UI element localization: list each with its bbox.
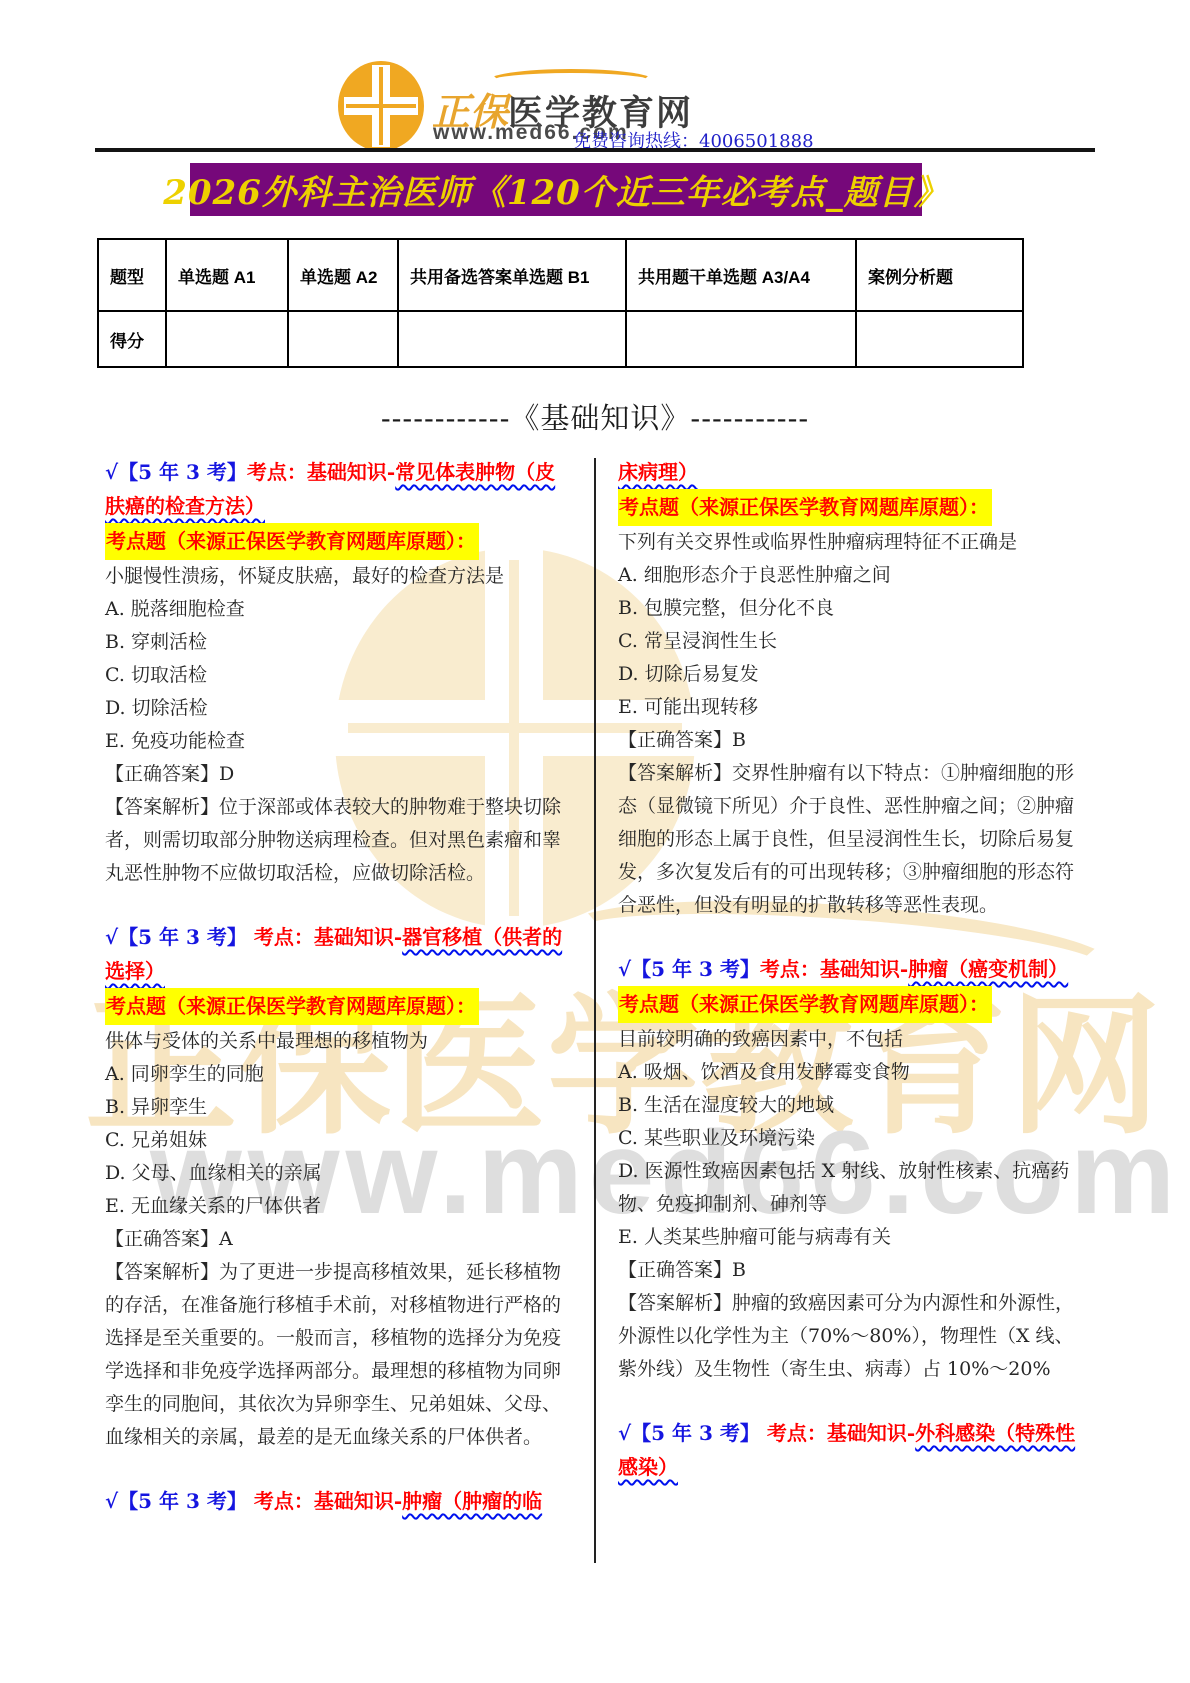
question-stem: 供体与受体的关系中最理想的移植物为: [105, 1025, 563, 1058]
cell-a1: 单选题 A1: [166, 239, 288, 311]
cell-score-empty: [856, 311, 1023, 367]
cell-a3a4: 共用题干单选题 A3/A4: [626, 239, 856, 311]
point-topic: 肿瘤（癌变机制）: [908, 957, 1068, 981]
correct-answer: 【正确答案】D: [105, 758, 563, 791]
cell-score-empty: [166, 311, 288, 367]
option-d: D. 医源性致癌因素包括 X 射线、放射性核素、抗癌药物、免疫抑制剂、砷剂等: [618, 1155, 1090, 1221]
header-rule: [95, 148, 1095, 152]
section-title: ------------《基础知识》-----------: [0, 396, 1190, 437]
point-topic: 床病理）: [618, 460, 698, 484]
option-e: E. 可能出现转移: [618, 691, 1090, 724]
source-highlight: 考点题（来源正保医学教育网题库原题）：: [618, 489, 992, 526]
score-row: 得分: [98, 311, 1023, 367]
question-header: √【5 年 3 考】考点：基础知识-常见体表肿物（皮肤癌的检查方法）: [105, 455, 563, 523]
answer-analysis: 【答案解析】交界性肿瘤有以下特点：①肿瘤细胞的形态（显微镜下所见）介于良性、恶性…: [618, 757, 1090, 922]
table-header-row: 题型 单选题 A1 单选题 A2 共用备选答案单选题 B1 共用题干单选题 A3…: [98, 239, 1023, 311]
cell-case-analysis: 案例分析题: [856, 239, 1023, 311]
option-e: E. 人类某些肿瘤可能与病毒有关: [618, 1221, 1090, 1254]
question-header: √【5 年 3 考】考点：基础知识-肿瘤（癌变机制）: [618, 952, 1090, 986]
exam-frequency: √【5 年 3 考】: [618, 957, 760, 981]
score-table: 题型 单选题 A1 单选题 A2 共用备选答案单选题 B1 共用题干单选题 A3…: [97, 238, 1024, 368]
med66-logo-icon: [338, 61, 424, 151]
option-d: D. 切除活检: [105, 692, 563, 725]
title-banner: 2026外科主治医师《120个近三年必考点_题目》: [190, 163, 922, 216]
cell-b1: 共用备选答案单选题 B1: [398, 239, 626, 311]
option-b: B. 穿刺活检: [105, 626, 563, 659]
option-d: D. 切除后易复发: [618, 658, 1090, 691]
column-divider: [594, 458, 596, 1563]
question-block-4: √【5 年 3 考】考点：基础知识-肿瘤（癌变机制） 考点题（来源正保医学教育网…: [618, 952, 1090, 1386]
option-a: A. 脱落细胞检查: [105, 593, 563, 626]
question-block-3-header: √【5 年 3 考】 考点：基础知识-肿瘤（肿瘤的临: [105, 1484, 563, 1518]
question-header: √【5 年 3 考】 考点：基础知识-外科感染（特殊性感染）: [618, 1416, 1090, 1484]
option-e: E. 免疫功能检查: [105, 725, 563, 758]
point-label: 考点：基础知识-: [760, 957, 908, 981]
source-line: 考点题（来源正保医学教育网题库原题）：: [618, 986, 1090, 1023]
question-header-continued: 床病理）: [618, 455, 1090, 489]
exam-frequency: √【5 年 3 考】: [618, 1421, 767, 1445]
answer-analysis: 【答案解析】位于深部或体表较大的肿物难于整块切除者，则需切取部分肿物送病理检查。…: [105, 791, 563, 890]
cell-score-label: 得分: [98, 311, 166, 367]
option-a: A. 同卵孪生的同胞: [105, 1058, 563, 1091]
exam-frequency: √【5 年 3 考】: [105, 925, 254, 949]
cell-question-type: 题型: [98, 239, 166, 311]
question-block-2: √【5 年 3 考】 考点：基础知识-器官移植（供者的选择） 考点题（来源正保医…: [105, 920, 563, 1454]
exam-frequency: √【5 年 3 考】: [105, 1489, 254, 1513]
cell-score-empty: [626, 311, 856, 367]
question-stem: 目前较明确的致癌因素中，不包括: [618, 1023, 1090, 1056]
option-d: D. 父母、血缘相关的亲属: [105, 1157, 563, 1190]
point-topic: 肿瘤（肿瘤的临: [402, 1489, 542, 1513]
source-highlight: 考点题（来源正保医学教育网题库原题）：: [105, 523, 479, 560]
option-c: C. 某些职业及环境污染: [618, 1122, 1090, 1155]
correct-answer: 【正确答案】B: [618, 1254, 1090, 1287]
exam-document-page: 正保医学教育网 www.med66.com 正保医学教育网 www.med66.…: [0, 0, 1190, 1683]
option-e: E. 无血缘关系的尸体供者: [105, 1190, 563, 1223]
option-b: B. 包膜完整，但分化不良: [618, 592, 1090, 625]
site-header: 正保医学教育网 www.med66.com 免费咨询热线：4006501888: [95, 55, 1095, 150]
point-label: 考点：基础知识-: [767, 1421, 915, 1445]
source-line: 考点题（来源正保医学教育网题库原题）：: [618, 489, 1090, 526]
left-column: √【5 年 3 考】考点：基础知识-常见体表肿物（皮肤癌的检查方法） 考点题（来…: [105, 455, 563, 1548]
option-b: B. 异卵孪生: [105, 1091, 563, 1124]
right-column: 床病理） 考点题（来源正保医学教育网题库原题）： 下列有关交界性或临界性肿瘤病理…: [618, 455, 1090, 1514]
question-block-3: 床病理） 考点题（来源正保医学教育网题库原题）： 下列有关交界性或临界性肿瘤病理…: [618, 455, 1090, 922]
correct-answer: 【正确答案】B: [618, 724, 1090, 757]
question-header: √【5 年 3 考】 考点：基础知识-肿瘤（肿瘤的临: [105, 1484, 563, 1518]
point-label: 考点：基础知识-: [247, 460, 395, 484]
question-stem: 下列有关交界性或临界性肿瘤病理特征不正确是: [618, 526, 1090, 559]
cell-score-empty: [398, 311, 626, 367]
cell-a2: 单选题 A2: [288, 239, 398, 311]
question-block-5-header: √【5 年 3 考】 考点：基础知识-外科感染（特殊性感染）: [618, 1416, 1090, 1484]
correct-answer: 【正确答案】A: [105, 1223, 563, 1256]
source-line: 考点题（来源正保医学教育网题库原题）：: [105, 988, 563, 1025]
logo-cross-icon: [346, 104, 416, 108]
cell-score-empty: [288, 311, 398, 367]
option-b: B. 生活在湿度较大的地域: [618, 1089, 1090, 1122]
question-stem: 小腿慢性溃疡，怀疑皮肤癌，最好的检查方法是: [105, 560, 563, 593]
answer-analysis: 【答案解析】为了更进一步提高移植效果，延长移植物的存活，在准备施行移植手术前，对…: [105, 1256, 563, 1454]
answer-analysis: 【答案解析】肿瘤的致癌因素可分为内源性和外源性，外源性以化学性为主（70%～80…: [618, 1287, 1090, 1386]
option-c: C. 常呈浸润性生长: [618, 625, 1090, 658]
option-a: A. 细胞形态介于良恶性肿瘤之间: [618, 559, 1090, 592]
point-label: 考点：基础知识-: [254, 1489, 402, 1513]
option-a: A. 吸烟、饮酒及食用发酵霉变食物: [618, 1056, 1090, 1089]
exam-frequency: √【5 年 3 考】: [105, 460, 247, 484]
question-block-1: √【5 年 3 考】考点：基础知识-常见体表肿物（皮肤癌的检查方法） 考点题（来…: [105, 455, 563, 890]
source-highlight: 考点题（来源正保医学教育网题库原题）：: [105, 988, 479, 1025]
source-highlight: 考点题（来源正保医学教育网题库原题）：: [618, 986, 992, 1023]
point-label: 考点：基础知识-: [254, 925, 402, 949]
source-line: 考点题（来源正保医学教育网题库原题）：: [105, 523, 563, 560]
option-c: C. 兄弟姐妹: [105, 1124, 563, 1157]
option-c: C. 切取活检: [105, 659, 563, 692]
question-header: √【5 年 3 考】 考点：基础知识-器官移植（供者的选择）: [105, 920, 563, 988]
